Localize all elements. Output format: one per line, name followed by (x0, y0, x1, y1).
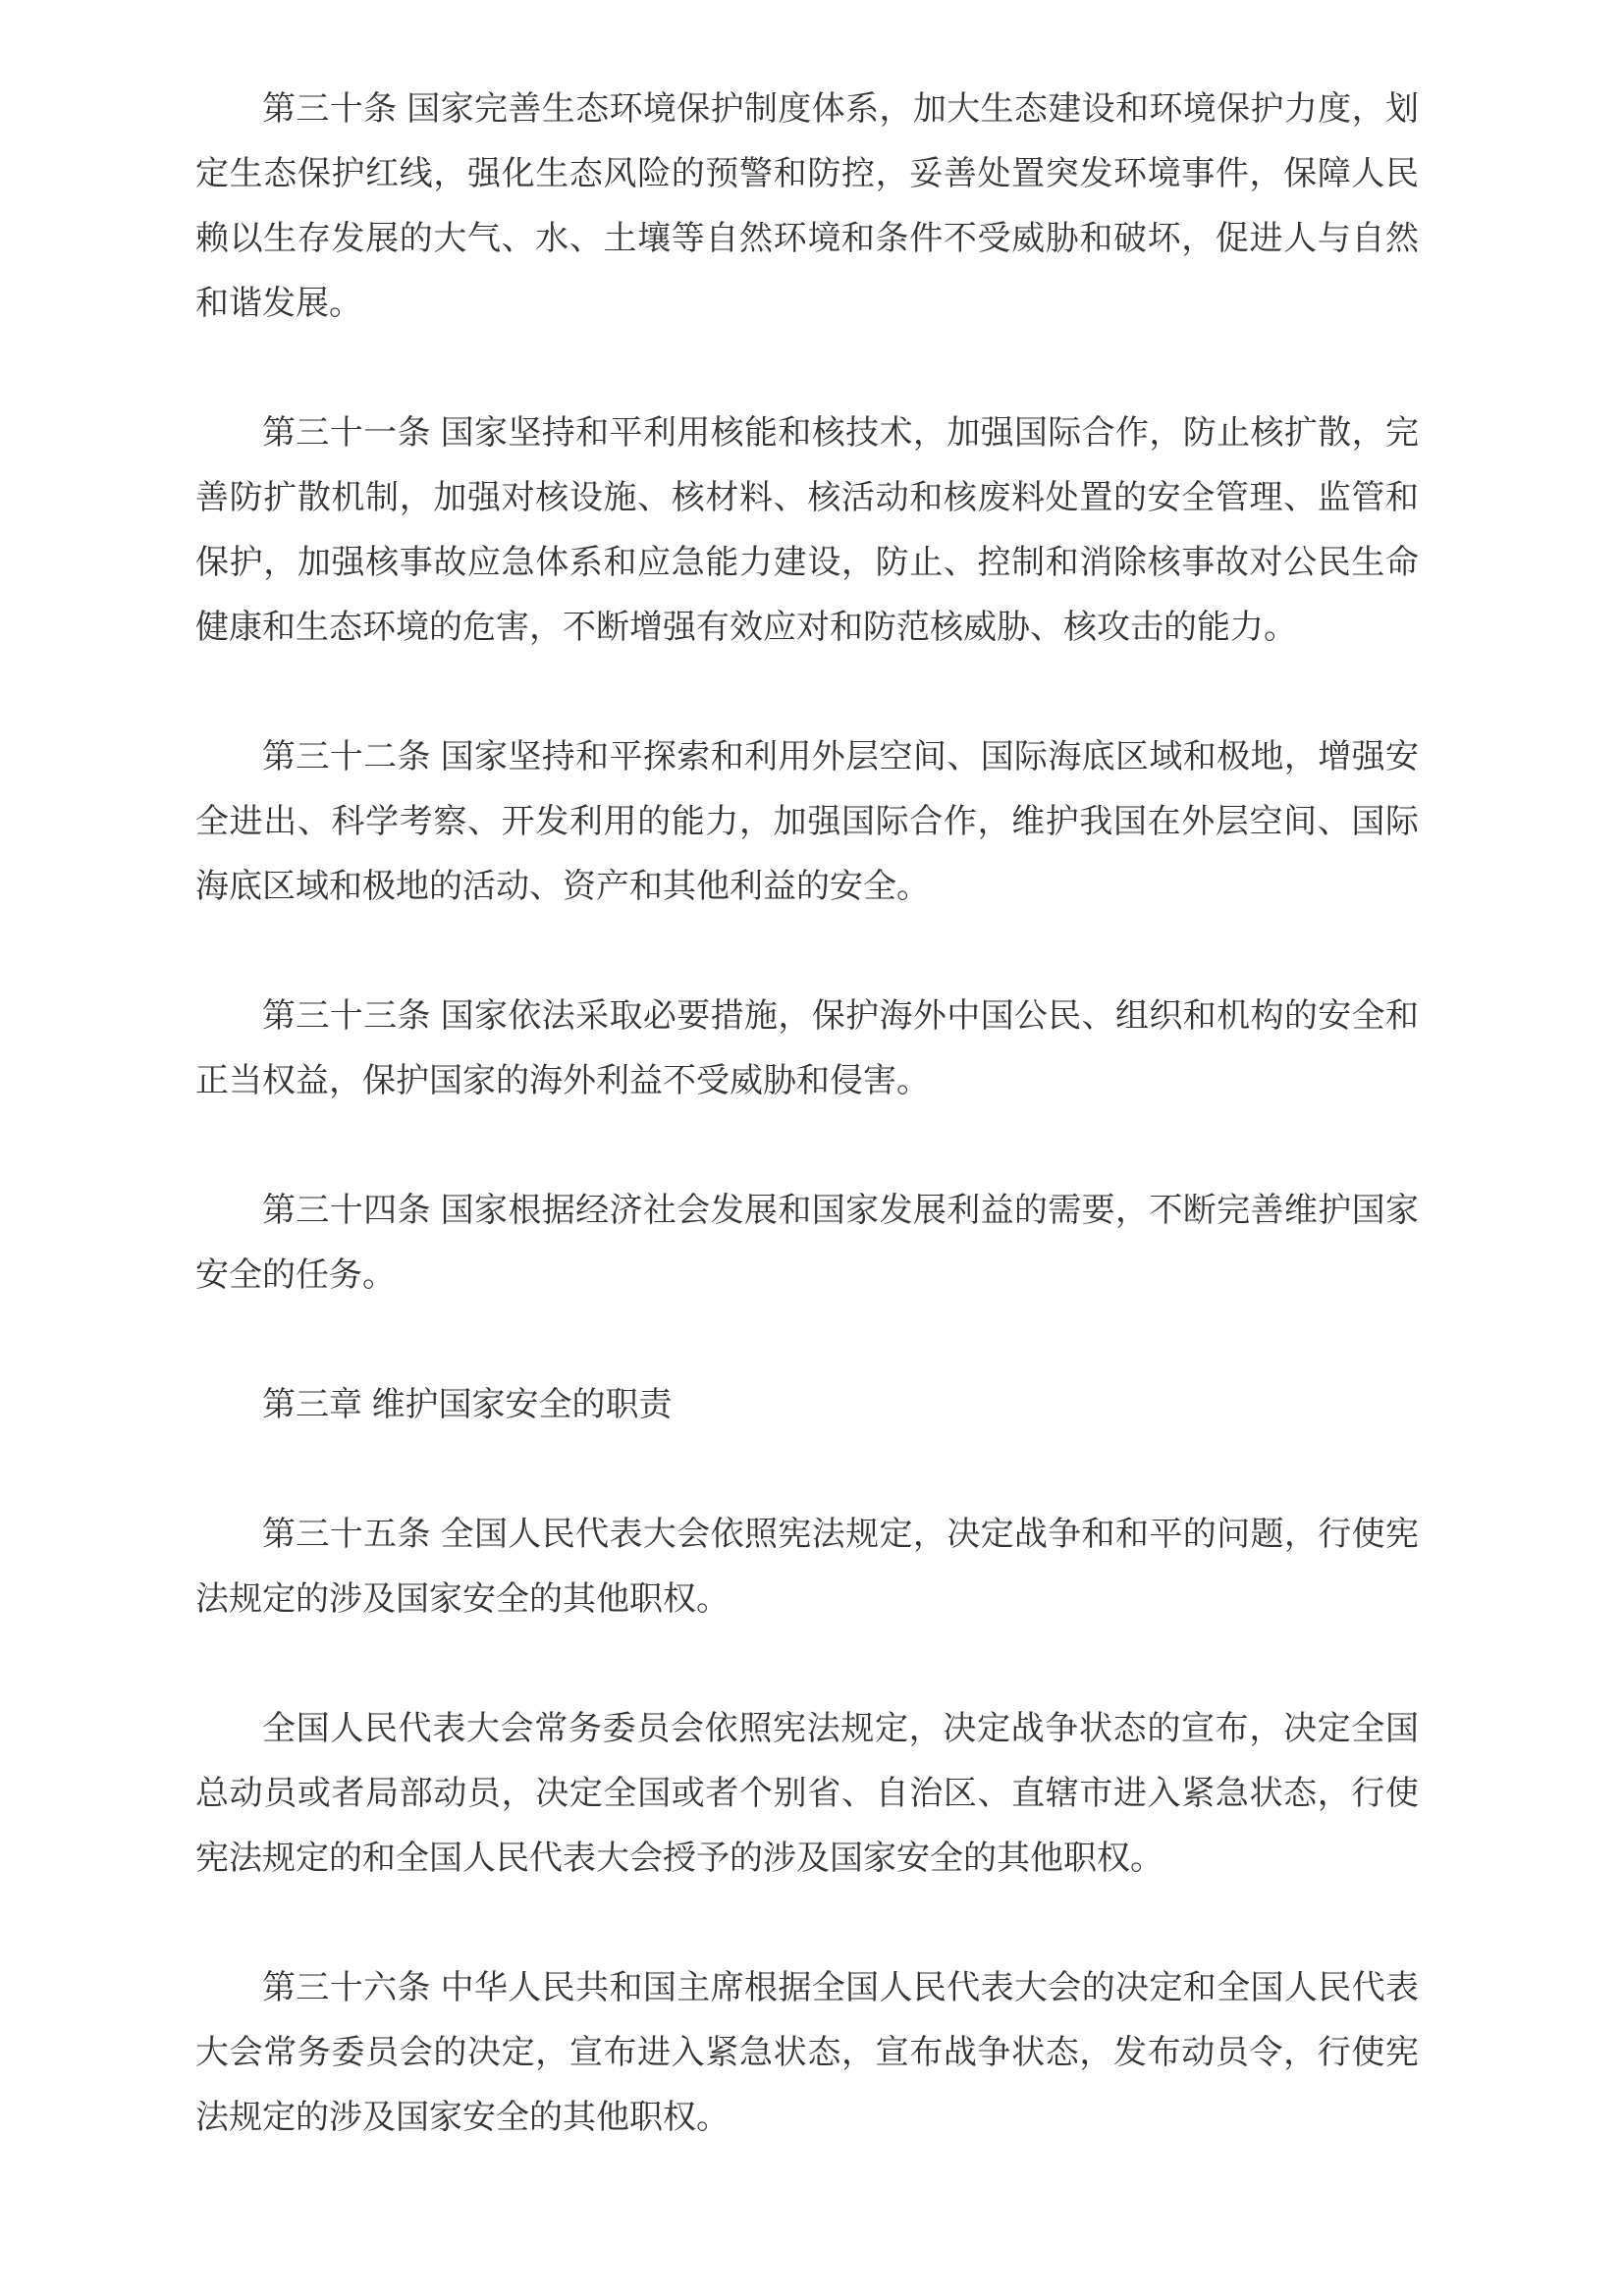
text-line: 法规定的涉及国家安全的其他职权。 (195, 2085, 1419, 2150)
text-line: 第三十一条 国家坚持和平利用核能和核技术，加强国际合作，防止核扩散，完 (195, 400, 1419, 465)
text-line: 法规定的涉及国家安全的其他职权。 (195, 1567, 1419, 1631)
text-line: 海底区域和极地的活动、资产和其他利益的安全。 (195, 854, 1419, 919)
text-line: 第三十三条 国家依法采取必要措施，保护海外中国公民、组织和机构的安全和 (195, 984, 1419, 1048)
text-line: 安全的任务。 (195, 1243, 1419, 1308)
text-line: 全国人民代表大会常务委员会依照宪法规定，决定战争状态的宣布，决定全国 (195, 1696, 1419, 1761)
text-line: 第三十二条 国家坚持和平探索和利用外层空间、国际海底区域和极地，增强安 (195, 724, 1419, 789)
text-line: 第三十六条 中华人民共和国主席根据全国人民代表大会的决定和全国人民代表 (195, 1955, 1419, 2020)
article-36: 第三十六条 中华人民共和国主席根据全国人民代表大会的决定和全国人民代表 大会常务… (195, 1955, 1419, 2150)
text-line: 定生态保护红线，强化生态风险的预警和防控，妥善处置突发环境事件，保障人民 (195, 141, 1419, 206)
article-31: 第三十一条 国家坚持和平利用核能和核技术，加强国际合作，防止核扩散，完 善防扩散… (195, 400, 1419, 660)
text-line: 全进出、科学考察、开发利用的能力，加强国际合作，维护我国在外层空间、国际 (195, 789, 1419, 854)
text-line: 大会常务委员会的决定，宣布进入紧急状态，宣布战争状态，发布动员令，行使宪 (195, 2020, 1419, 2085)
article-35: 第三十五条 全国人民代表大会依照宪法规定，决定战争和和平的问题，行使宪 法规定的… (195, 1502, 1419, 1631)
text-line: 第三十条 国家完善生态环境保护制度体系，加大生态建设和环境保护力度，划 (195, 77, 1419, 141)
text-line: 总动员或者局部动员，决定全国或者个别省、自治区、直辖市进入紧急状态，行使 (195, 1761, 1419, 1826)
text-line: 健康和生态环境的危害，不断增强有效应对和防范核威胁、核攻击的能力。 (195, 595, 1419, 660)
text-line: 赖以生存发展的大气、水、土壤等自然环境和条件不受威胁和破坏，促进人与自然 (195, 206, 1419, 271)
text-line: 第三十四条 国家根据经济社会发展和国家发展利益的需要，不断完善维护国家 (195, 1178, 1419, 1243)
document-content: 第三十条 国家完善生态环境保护制度体系，加大生态建设和环境保护力度，划 定生态保… (195, 77, 1419, 2150)
text-line: 善防扩散机制，加强对核设施、核材料、核活动和核废料处置的安全管理、监管和 (195, 465, 1419, 530)
text-line: 正当权益，保护国家的海外利益不受威胁和侵害。 (195, 1048, 1419, 1113)
text-line: 第三十五条 全国人民代表大会依照宪法规定，决定战争和和平的问题，行使宪 (195, 1502, 1419, 1567)
heading-line: 第三章 维护国家安全的职责 (195, 1372, 1419, 1437)
document-page: 第三十条 国家完善生态环境保护制度体系，加大生态建设和环境保护力度，划 定生态保… (0, 0, 1623, 2296)
article-34: 第三十四条 国家根据经济社会发展和国家发展利益的需要，不断完善维护国家 安全的任… (195, 1178, 1419, 1308)
article-32: 第三十二条 国家坚持和平探索和利用外层空间、国际海底区域和极地，增强安 全进出、… (195, 724, 1419, 919)
article-30: 第三十条 国家完善生态环境保护制度体系，加大生态建设和环境保护力度，划 定生态保… (195, 77, 1419, 336)
article-33: 第三十三条 国家依法采取必要措施，保护海外中国公民、组织和机构的安全和 正当权益… (195, 984, 1419, 1113)
text-line: 保护，加强核事故应急体系和应急能力建设，防止、控制和消除核事故对公民生命 (195, 530, 1419, 595)
text-line: 宪法规定的和全国人民代表大会授予的涉及国家安全的其他职权。 (195, 1826, 1419, 1891)
article-35-npc-standing-committee: 全国人民代表大会常务委员会依照宪法规定，决定战争状态的宣布，决定全国 总动员或者… (195, 1696, 1419, 1891)
text-line: 和谐发展。 (195, 271, 1419, 336)
chapter-3-heading: 第三章 维护国家安全的职责 (195, 1372, 1419, 1437)
